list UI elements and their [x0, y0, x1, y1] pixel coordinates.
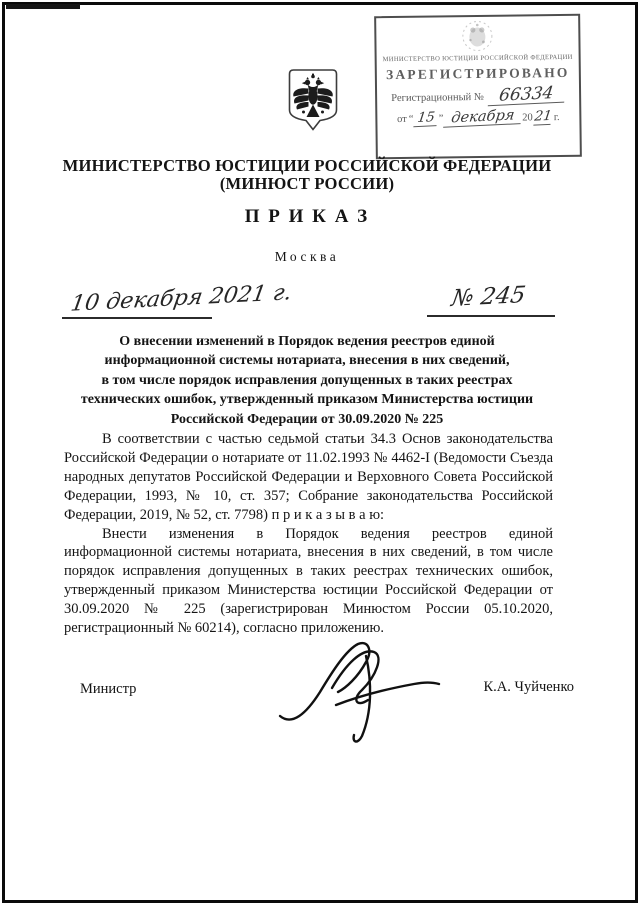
- signature-icon: [262, 630, 462, 748]
- stamp-date-day-value: 15: [414, 111, 439, 127]
- registration-stamp: МИНИСТЕРСТВО ЮСТИЦИИ РОССИЙСКОЙ ФЕДЕРАЦИ…: [374, 14, 582, 160]
- stamp-date-year-prefix: 20: [522, 112, 533, 123]
- document-type-title: П Р И К А З: [60, 206, 554, 228]
- issue-date-underline: [62, 317, 212, 319]
- subject-line: О внесении изменений в Порядок ведения р…: [60, 332, 554, 351]
- stamp-date-row: от “ 15 ” декабря 20 21 г.: [377, 109, 579, 127]
- scan-artifact: [6, 4, 80, 9]
- ministry-name: МИНИСТЕРСТВО ЮСТИЦИИ РОССИЙСКОЙ ФЕДЕРАЦИ…: [60, 157, 554, 175]
- body-paragraph-2: Внести изменения в Порядок ведения реест…: [64, 525, 553, 638]
- ministry-short-name: (МИНЮСТ РОССИИ): [60, 175, 554, 193]
- subject-line: технических ошибок, утвержденный приказо…: [60, 390, 554, 409]
- stamp-registration-number-row: Регистрационный № 66334: [377, 86, 579, 106]
- document-page: МИНИСТЕРСТВО ЮСТИЦИИ РОССИЙСКОЙ ФЕДЕРАЦИ…: [0, 0, 640, 905]
- subject-line: в том числе порядок исправления допущенн…: [60, 371, 554, 390]
- signer-name: К.А. Чуйченко: [484, 679, 575, 696]
- stamp-date-from-label: от: [397, 114, 407, 125]
- stamp-ministry-label: МИНИСТЕРСТВО ЮСТИЦИИ РОССИЙСКОЙ ФЕДЕРАЦИ…: [377, 54, 579, 63]
- city-label: Москва: [60, 249, 554, 265]
- order-body: В соответствии с частью седьмой статьи 3…: [64, 430, 553, 638]
- letterhead: МИНИСТЕРСТВО ЮСТИЦИИ РОССИЙСКОЙ ФЕДЕРАЦИ…: [60, 157, 554, 192]
- stamp-reg-number-value: 66334: [488, 85, 567, 107]
- stamp-registered-label: ЗАРЕГИСТРИРОВАНО: [377, 65, 579, 83]
- subject-title: О внесении изменений в Порядок ведения р…: [60, 332, 554, 429]
- coat-of-arms-icon: [287, 68, 339, 134]
- issue-date-handwritten: 10 декабря 2021 г.: [69, 280, 294, 316]
- stamp-reg-number-label: Регистрационный №: [391, 92, 484, 104]
- body-paragraph-1: В соответствии с частью седьмой статьи 3…: [64, 430, 553, 525]
- stamp-date-month-value: декабря: [443, 108, 522, 127]
- stamp-date-suffix: г.: [554, 112, 560, 123]
- issue-number-handwritten: № 245: [450, 282, 528, 312]
- issue-number-underline: [427, 315, 555, 317]
- signer-title: Министр: [80, 681, 136, 698]
- subject-line: информационной системы нотариата, внесен…: [60, 351, 554, 370]
- stamp-emblem-icon: [459, 18, 495, 54]
- subject-line: Российской Федерации от 30.09.2020 № 225: [60, 410, 554, 429]
- stamp-date-year-value: 21: [534, 110, 553, 125]
